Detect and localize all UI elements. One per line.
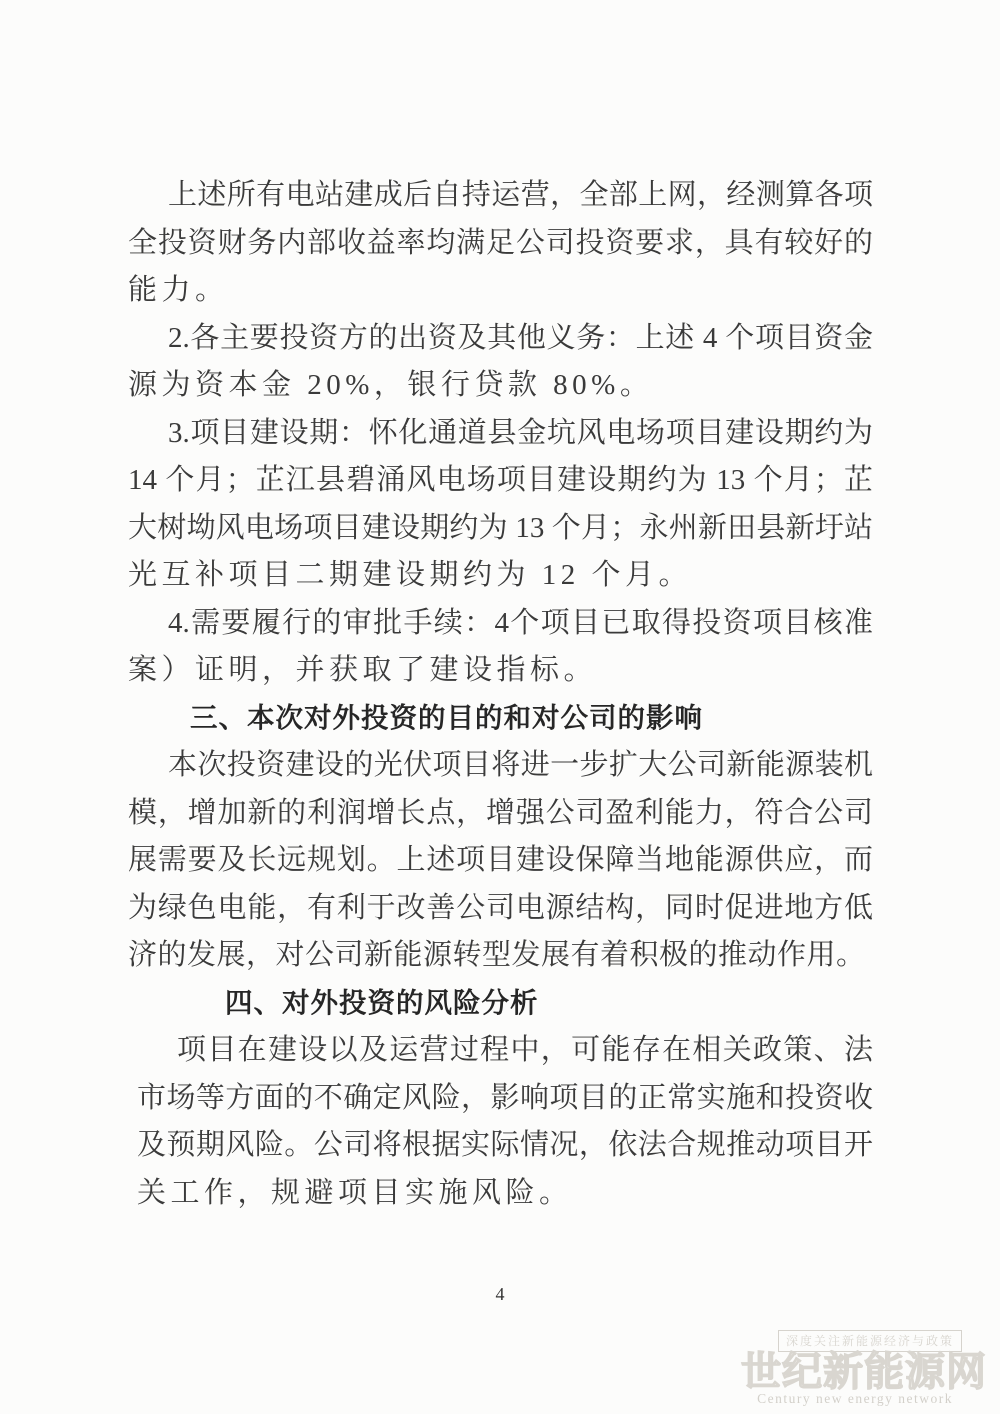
body-line: 源为资本金 20%，银行贷款 80%。 [128, 362, 873, 410]
body-line: 市场等方面的不确定风险，影响项目的正常实施和投资收益不 [128, 1075, 873, 1123]
body-line: 本次投资建设的光伏项目将进一步扩大公司新能源装机规 [128, 742, 873, 790]
watermark-logo: 世纪新能源网 [741, 1350, 987, 1394]
body-line: 案）证明，并获取了建设指标。 [128, 647, 873, 695]
body-line: 及预期风险。公司将根据实际情况，依法合规推动项目开展相 [128, 1122, 873, 1170]
body-line: 全投资财务内部收益率均满足公司投资要求，具有较好的盈利 [128, 220, 873, 268]
body-line: 模，增加新的利润增长点，增强公司盈利能力，符合公司的发 [128, 790, 873, 838]
body-line: 展需要及长远规划。上述项目建设保障当地能源供应，而且作 [128, 837, 873, 885]
watermark-subtitle: Century new energy network [757, 1391, 953, 1407]
body-line: 3.项目建设期：怀化通道县金坑风电场项目建设期约为 [128, 410, 873, 458]
body-line: 济的发展，对公司新能源转型发展有着积极的推动作用。 [128, 932, 873, 980]
body-line: 14 个月；芷江县碧涌风电场项目建设期约为 13 个月；芷江县 [128, 457, 873, 505]
body-line: 项目在建设以及运营过程中，可能存在相关政策、法规、 [128, 1027, 873, 1075]
document-text-block: 上述所有电站建成后自持运营，全部上网，经测算各项目 全投资财务内部收益率均满足公… [128, 172, 873, 1217]
body-line: 上述所有电站建成后自持运营，全部上网，经测算各项目 [128, 172, 873, 220]
body-line: 4.需要履行的审批手续：4个项目已取得投资项目核准（备 [128, 600, 873, 648]
section-heading: 四、对外投资的风险分析 [128, 980, 873, 1028]
body-line: 光互补项目二期建设期约为 12 个月。 [128, 552, 873, 600]
body-line: 为绿色电能，有利于改善公司电源结构，同时促进地方低碳经 [128, 885, 873, 933]
body-line: 大树坳风电场项目建设期约为 13 个月；永州新田县新圩站林 [128, 505, 873, 553]
body-line: 能力。 [128, 267, 873, 315]
document-page: { "document": { "lines": [ { "type": "pa… [0, 0, 1000, 1414]
body-line: 关工作，规避项目实施风险。 [128, 1170, 873, 1218]
section-heading: 三、本次对外投资的目的和对公司的影响 [128, 695, 873, 743]
page-number: 4 [0, 1284, 1000, 1305]
body-line: 2.各主要投资方的出资及其他义务：上述 4 个项目资金来 [128, 315, 873, 363]
